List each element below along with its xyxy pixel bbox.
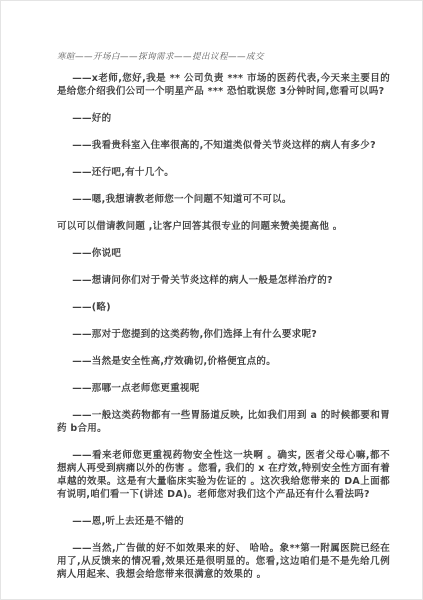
dialogue-line: ——我看贵科室入住率很高的,不知道类似骨关节炎这样的病人有多少? [57, 139, 390, 152]
dialogue-line: ——嗯,我想请教老师您一个问题不知道可不可以。 [57, 193, 390, 206]
dialogue-line: ——一般这类药物都有一些胃肠道反映, 比如我们用到 a 的时候都要和胃药 b合用… [57, 409, 390, 435]
dialogue-line: ——好的 [57, 112, 390, 125]
dialogue-line: ——当然是安全性高,疗效确切,价格便宜点的。 [57, 355, 390, 368]
dialogue-line: ——当然,广告做的好不如效果来的好、 哈哈。象**第一附属医院已经在用了,从反馈… [57, 542, 390, 581]
sales-process-title: 寒暄——开场白——探询需求——提出议程——成交 [57, 50, 390, 62]
scanned-document-page: 寒暄——开场白——探询需求——提出议程——成交 ——x老师,您好,我是 ** 公… [0, 0, 423, 600]
dialogue-line: ——还行吧,有十几个。 [57, 166, 390, 179]
dialogue-line: ——想请问你们对于骨关节炎这样的病人一般是怎样治疗的? [57, 274, 390, 287]
dialogue-line: ——那对于您提到的这类药物,你们选择上有什么要求呢? [57, 328, 390, 341]
dialogue-line: ——(略) [57, 301, 390, 314]
dialogue-body: ——x老师,您好,我是 ** 公司负责 *** 市场的医药代表,今天来主要目的是… [57, 72, 390, 581]
dialogue-line: ——x老师,您好,我是 ** 公司负责 *** 市场的医药代表,今天来主要目的是… [57, 72, 390, 98]
coach-note-line: 可以可以借请教问题 ,让客户回答其很专业的问题来赞美提高他 。 [57, 220, 390, 233]
dialogue-line: ——恩,听上去还是不错的 [57, 515, 390, 528]
dialogue-line: ——那哪一点老师您更重视呢 [57, 382, 390, 395]
dialogue-line: ——你说吧 [57, 247, 390, 260]
dialogue-line: ——看来老师您更重视药物安全性这一块啊 。确实, 医者父母心嘛,都不想病人再受到… [57, 449, 390, 501]
